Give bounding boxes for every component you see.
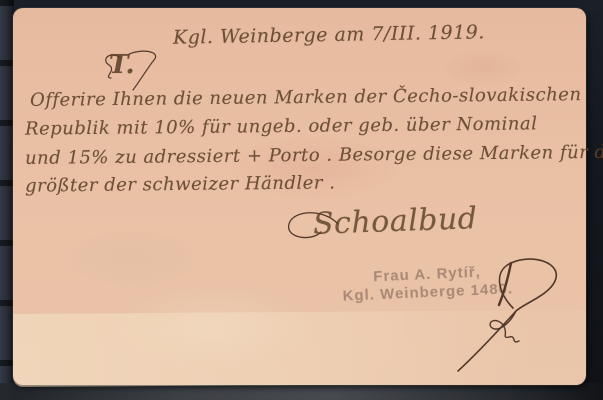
sender-signature: Schoalbud (312, 201, 478, 242)
scanned-postcard-image: Kgl. Weinberge am 7/III. 1919. T. Offeri… (0, 0, 603, 400)
body-line-1: Offerire Ihnen die neuen Marken der Čech… (30, 84, 582, 111)
body-line-3: und 15% zu adressiert + Porto . Besorge … (25, 142, 585, 169)
scan-border-left (0, 0, 14, 400)
scan-light-band (13, 310, 586, 387)
body-line-2: Republik mit 10% für ungeb. oder geb. üb… (25, 113, 538, 139)
body-line-4: größter der schweizer Händler . (25, 172, 336, 196)
salutation: T. (109, 50, 135, 80)
date-line: Kgl. Weinberge am 7/III. 1919. (173, 21, 485, 48)
postcard: Kgl. Weinberge am 7/III. 1919. T. Offeri… (13, 8, 586, 385)
rubber-stamp: Frau A. Rytíř, Kgl. Weinberge 1480. (334, 262, 520, 306)
